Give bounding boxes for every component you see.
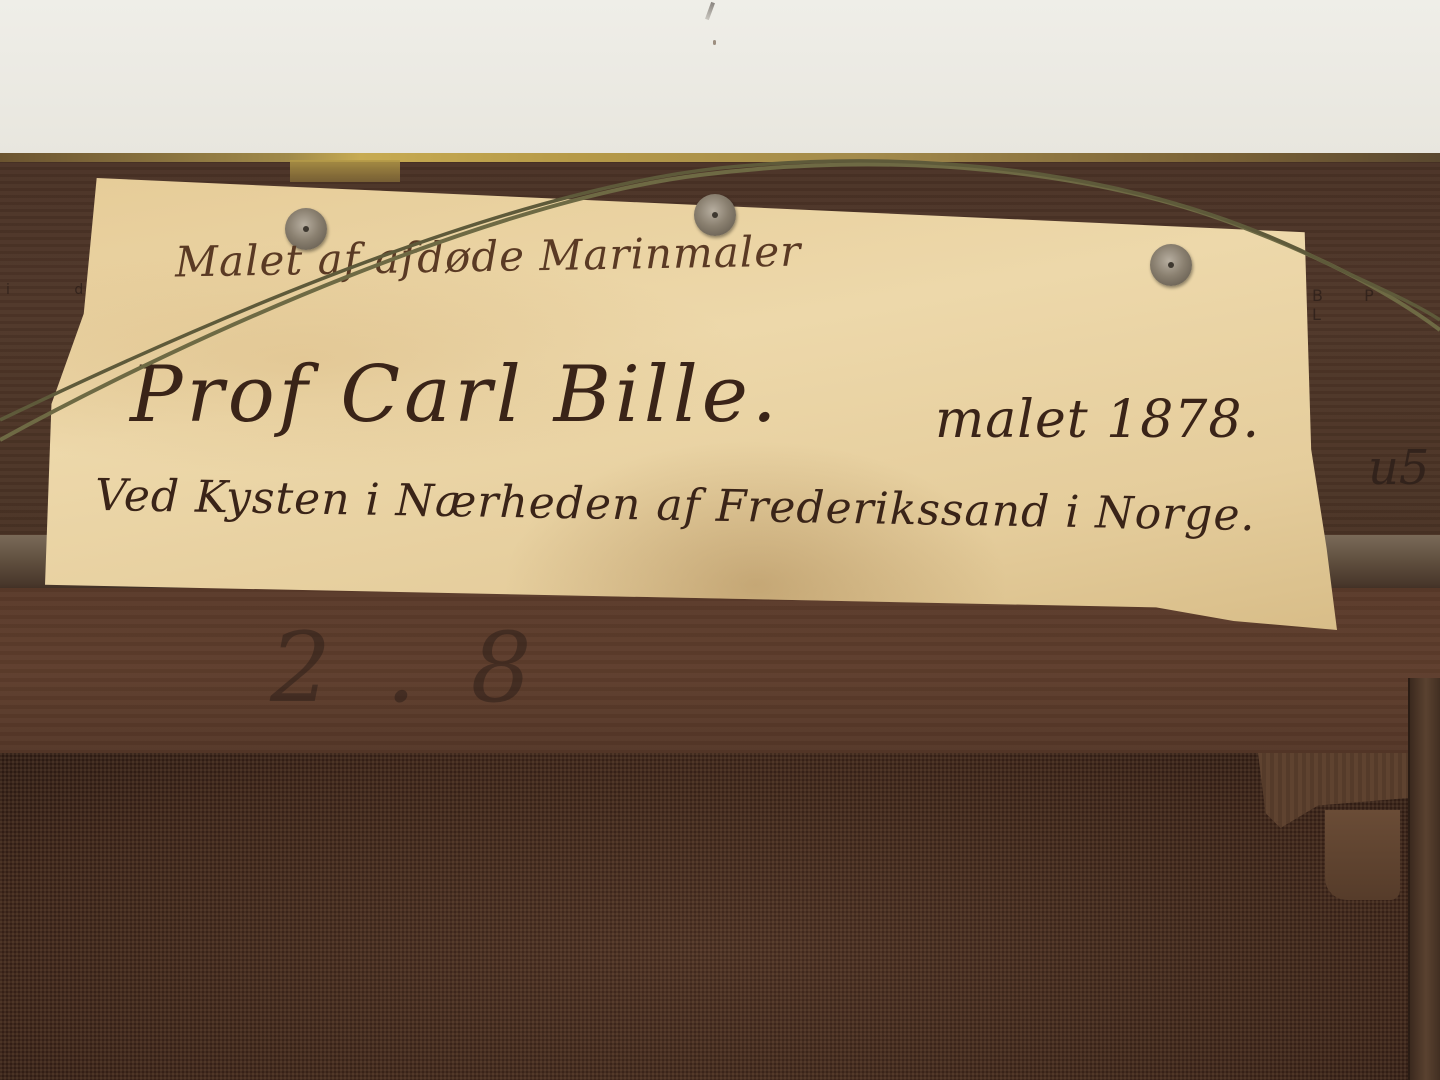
stretcher-right-bar <box>1408 678 1440 1080</box>
label-date: malet 1878. <box>935 390 1260 450</box>
right-edge-marks: B P L <box>1312 286 1440 324</box>
frame-gilt-edge <box>0 153 1440 162</box>
canvas-back <box>0 753 1410 1080</box>
stretcher-key-block <box>1325 810 1400 900</box>
wall-mark <box>713 40 716 45</box>
wall-background <box>0 0 1440 158</box>
right-edge-numeral: u5 <box>1368 440 1429 496</box>
frame-gilt-patch <box>290 160 400 182</box>
tack-icon <box>1150 244 1192 286</box>
label-artist-name: Prof Carl Bille. <box>130 350 781 440</box>
crossbar-chalk-number: 2 . 8 <box>270 612 544 724</box>
